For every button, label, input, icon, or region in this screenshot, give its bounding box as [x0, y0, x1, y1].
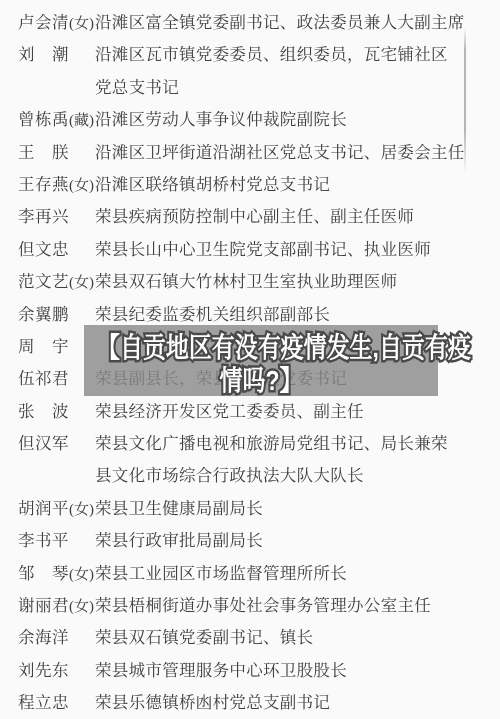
person-position: 荣县双石镇党委副书记、镇长 [95, 622, 500, 654]
list-item: 谢丽君(女) 荣县梧桐街道办事处社会事务管理办公室主任 [0, 590, 500, 622]
person-tag: (藏) [69, 113, 94, 129]
person-name: 刘先东 [0, 655, 95, 687]
list-item: 卢会清(女) 沿滩区富全镇党委副书记、政法委员兼人大副主席 [0, 7, 500, 39]
caption-line-1: 【自贡地区有没有疫情发生,自贡有疫 [97, 331, 425, 364]
person-tag: (女) [69, 567, 94, 583]
person-name: 谢丽君(女) [0, 590, 95, 622]
person-name: 伍祁君 [0, 363, 95, 395]
person-tag: (女) [69, 502, 94, 518]
person-position: 荣县疾病预防控制中心副主任、副主任医师 [95, 201, 500, 233]
list-item: 曾栋禹(藏) 沿滩区劳动人事争议仲裁院副院长 [0, 104, 500, 136]
person-position: 荣县工业园区市场监督管理所所长 [95, 558, 500, 590]
person-name: 但汉军 [0, 428, 95, 460]
person-name: 李书平 [0, 525, 95, 557]
person-name: 王 朕 [0, 137, 95, 169]
person-name [0, 72, 95, 104]
person-tag: (女) [69, 275, 94, 291]
document-page: 卢会清(女) 沿滩区富全镇党委副书记、政法委员兼人大副主席 刘 潮 沿滩区瓦市镇… [0, 0, 500, 719]
list-item: 李书平 荣县行政审批局副局长 [0, 525, 500, 557]
person-name: 范文艺(女) [0, 266, 95, 298]
person-position: 沿滩区劳动人事争议仲裁院副院长 [95, 104, 500, 136]
person-name: 胡润平(女) [0, 493, 95, 525]
person-position: 荣县梧桐街道办事处社会事务管理办公室主任 [95, 590, 500, 622]
person-name: 卢会清(女) [0, 7, 95, 39]
person-position: 荣县卫生健康局副局长 [95, 493, 500, 525]
person-name: 刘 潮 [0, 39, 95, 71]
person-position: 荣县乐德镇桥凼村党总支副书记 [95, 687, 500, 719]
person-position: 县文化市场综合行政执法大队大队长 [95, 460, 500, 492]
person-position: 荣县文化广播电视和旅游局党组书记、局长兼荣 [95, 428, 500, 460]
person-position: 沿滩区富全镇党委副书记、政法委员兼人大副主席 [95, 7, 500, 39]
list-item: 但汉军 荣县文化广播电视和旅游局党组书记、局长兼荣 [0, 428, 500, 460]
list-item: 程立忠 荣县乐德镇桥凼村党总支副书记 [0, 687, 500, 719]
person-name: 周 宇 [0, 331, 95, 363]
caption-text: 【自贡地区有没有疫情发生,自贡有疫 情吗?】 [97, 331, 425, 397]
list-item: 县文化市场综合行政执法大队大队长 [0, 460, 500, 492]
person-position: 荣县长山中心卫生院党支部副书记、执业医师 [95, 234, 500, 266]
list-item: 王 朕 沿滩区卫坪街道沿湖社区党总支书记、居委会主任 [0, 137, 500, 169]
person-tag: (女) [69, 16, 94, 32]
person-position: 沿滩区瓦市镇党委委员、组织委员，瓦宅铺社区 [95, 39, 500, 71]
person-position: 荣县城市管理服务中心环卫股股长 [95, 655, 500, 687]
list-item: 范文艺(女) 荣县双石镇大竹林村卫生室执业助理医师 [0, 266, 500, 298]
list-item: 余海洋 荣县双石镇党委副书记、镇长 [0, 622, 500, 654]
list-item: 张 波 荣县经济开发区党工委委员、副主任 [0, 396, 500, 428]
caption-line-2: 情吗?】 [97, 364, 425, 397]
person-name: 李再兴 [0, 201, 95, 233]
person-name: 程立忠 [0, 687, 95, 719]
person-position: 荣县经济开发区党工委委员、副主任 [95, 396, 500, 428]
person-name: 王存燕(女) [0, 169, 95, 201]
person-name: 余翼鹏 [0, 299, 95, 331]
person-name [0, 460, 95, 492]
person-name: 余海洋 [0, 622, 95, 654]
list-item: 但文忠 荣县长山中心卫生院党支部副书记、执业医师 [0, 234, 500, 266]
person-position: 荣县行政审批局副局长 [95, 525, 500, 557]
list-item: 党总支书记 [0, 72, 500, 104]
person-tag: (女) [69, 178, 94, 194]
person-name: 邹 琴(女) [0, 558, 95, 590]
person-position: 荣县双石镇大竹林村卫生室执业助理医师 [95, 266, 500, 298]
list-item: 邹 琴(女) 荣县工业园区市场监督管理所所长 [0, 558, 500, 590]
person-position: 党总支书记 [95, 72, 500, 104]
person-name: 但文忠 [0, 234, 95, 266]
list-item: 刘先东 荣县城市管理服务中心环卫股股长 [0, 655, 500, 687]
person-name: 曾栋禹(藏) [0, 104, 95, 136]
person-tag: (女) [69, 599, 94, 615]
list-item: 李再兴 荣县疾病预防控制中心副主任、副主任医师 [0, 201, 500, 233]
list-item: 刘 潮 沿滩区瓦市镇党委委员、组织委员，瓦宅铺社区 [0, 39, 500, 71]
person-position: 沿滩区卫坪街道沿湖社区党总支书记、居委会主任 [95, 137, 500, 169]
list-item: 胡润平(女) 荣县卫生健康局副局长 [0, 493, 500, 525]
person-position: 沿滩区联络镇胡桥村党总支书记 [95, 169, 500, 201]
person-name: 张 波 [0, 396, 95, 428]
list-item: 王存燕(女) 沿滩区联络镇胡桥村党总支书记 [0, 169, 500, 201]
